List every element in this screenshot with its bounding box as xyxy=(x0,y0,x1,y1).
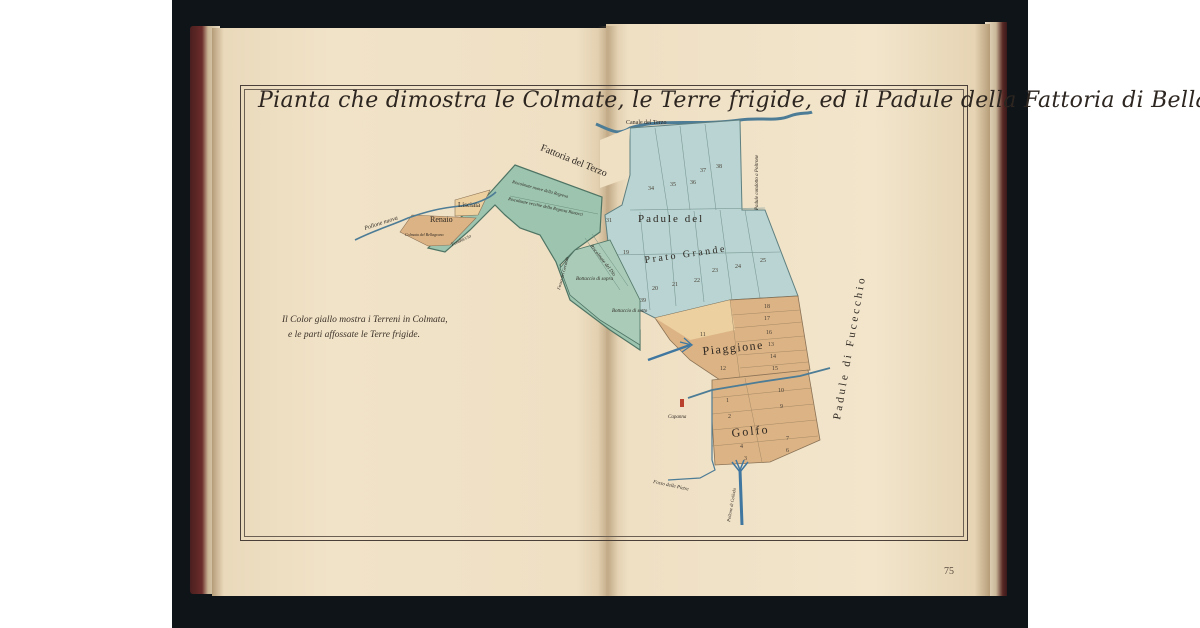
parcel-number: 2 xyxy=(728,414,731,420)
parcel-number: 22 xyxy=(694,278,700,284)
parcel-number: 1 xyxy=(726,398,729,404)
label-canale-del-terzo: Canale del Terzo xyxy=(626,120,666,126)
label-padule-condotto: Padule condotto a Poltrone xyxy=(755,154,760,211)
parcel-number: 15 xyxy=(772,366,778,372)
parcel-number: 13 xyxy=(768,342,774,348)
parcel-number: 21 xyxy=(672,282,678,288)
label-padule-di-fucecchio: Padule di Fucecchio xyxy=(831,274,868,420)
parcel-number: 20 xyxy=(652,286,658,292)
parcel-number: 25 xyxy=(760,258,766,264)
parcel-number: 17 xyxy=(764,316,770,322)
estate-map: Canale del Terzo Fattoria del Terzo Padu… xyxy=(0,0,1200,628)
parcel-number: 11 xyxy=(700,332,706,338)
parcel-number: 24 xyxy=(735,264,741,270)
parcel-number: 35 xyxy=(670,182,676,188)
label-bottaccio-di-sotto: Bottaccio di sotto xyxy=(612,309,648,314)
fosso-delle-pietre-river xyxy=(668,390,715,480)
parcel-number: 37 xyxy=(700,168,706,174)
parcel-number: 4 xyxy=(740,444,743,450)
parcel-number: 39 xyxy=(640,298,646,304)
pollone-di-colloda-river xyxy=(740,470,742,525)
parcel-number: 38 xyxy=(716,164,722,170)
label-bottaccio-di-sopra: Bottaccio di sopra xyxy=(576,277,613,282)
capanna-building xyxy=(680,399,684,407)
parcel-number: 36 xyxy=(690,180,696,186)
label-colmata-del: Colmata del Bellagrano xyxy=(405,232,444,237)
parcel-number: 19 xyxy=(623,250,629,256)
parcel-number: 3 xyxy=(744,456,747,462)
parcel-number: 23 xyxy=(712,268,718,274)
label-fosso-delle-pietre: Fosso delle Pietre xyxy=(652,480,690,493)
parcel-number: 18 xyxy=(764,304,770,310)
parcel-number: 10 xyxy=(778,388,784,394)
label-capanna: Capanna xyxy=(668,415,687,420)
parcel-number: 14 xyxy=(770,354,776,360)
label-lisciaia: Lisciaia xyxy=(458,201,481,209)
parcel-number: 34 xyxy=(648,186,654,192)
label-renaio: Renaio xyxy=(430,215,453,224)
label-padule-del: Padule del xyxy=(638,213,704,225)
parcel-number: 31 xyxy=(606,218,612,224)
parcel-number: 7 xyxy=(786,436,789,442)
parcel-number: 16 xyxy=(766,330,772,336)
label-fattoria-del-terzo: Fattoria del Terzo xyxy=(539,143,609,180)
parcel-number: 9 xyxy=(780,404,783,410)
parcel-number: 6 xyxy=(786,448,789,454)
page-number: 75 xyxy=(944,566,954,577)
parcel-number: 12 xyxy=(720,366,726,372)
label-pollone-di-colloda: Pollone di Colloda xyxy=(726,487,737,523)
